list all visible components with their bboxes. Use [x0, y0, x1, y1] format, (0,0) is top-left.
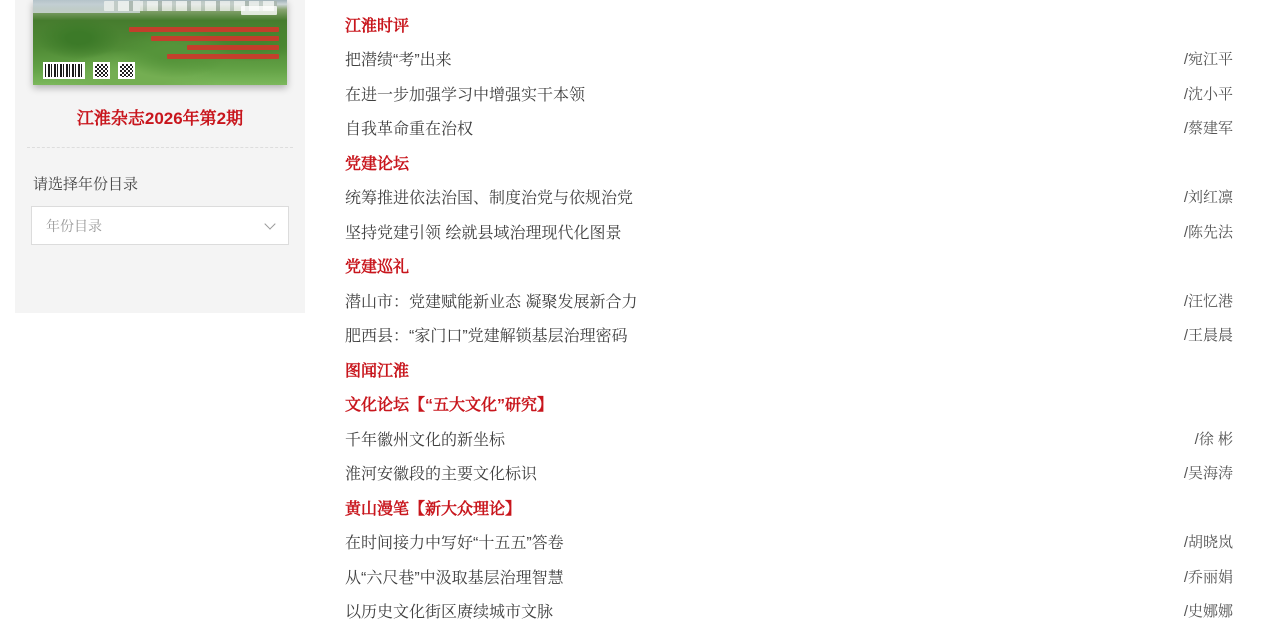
sidebar: 江淮杂志2026年第2期 请选择年份目录 年份目录 — [15, 0, 305, 313]
sidebar-divider — [27, 147, 293, 148]
article-title-link[interactable]: 从“六尺巷”中汲取基层治理智慧 — [345, 565, 564, 588]
year-directory-select[interactable]: 年份目录 — [31, 206, 289, 245]
toc-article-row: 从“六尺巷”中汲取基层治理智慧 /乔丽娟 — [345, 559, 1233, 594]
year-select-placeholder: 年份目录 — [46, 216, 102, 236]
article-title-link[interactable]: 在时间接力中写好“十五五”答卷 — [345, 530, 564, 553]
article-author: /乔丽娟 — [1184, 566, 1233, 587]
article-title-link[interactable]: 在进一步加强学习中增强实干本领 — [345, 82, 585, 105]
toc-article-row: 以历史文化街区赓续城市文脉 /史娜娜 — [345, 594, 1233, 629]
article-author: /史娜娜 — [1184, 600, 1233, 621]
article-author: /沈小平 — [1184, 83, 1233, 104]
article-author: /陈先法 — [1184, 221, 1233, 242]
cover-tagline-text-lines — [129, 27, 279, 59]
year-picker-label: 请选择年份目录 — [33, 173, 138, 194]
magazine-cover-image[interactable] — [33, 0, 287, 85]
barcode-icon — [43, 62, 85, 79]
toc-article-row: 在时间接力中写好“十五五”答卷 /胡晓岚 — [345, 525, 1233, 560]
article-author: /刘红凛 — [1184, 186, 1233, 207]
toc-article-row: 千年徽州文化的新坐标 /徐 彬 — [345, 421, 1233, 456]
toc-article-row: 统筹推进依法治国、制度治党与依规治党 /刘红凛 — [345, 180, 1233, 215]
toc-article-row: 自我革命重在治权 /蔡建军 — [345, 111, 1233, 146]
toc-section-header: 党建论坛 — [345, 145, 1233, 180]
article-author: /蔡建军 — [1184, 117, 1233, 138]
qr-code-icon — [93, 62, 110, 79]
article-title-link[interactable]: 坚持党建引领 绘就县域治理现代化图景 — [345, 220, 621, 243]
toc-article-row: 把潜绩“考”出来 /宛江平 — [345, 42, 1233, 77]
toc-article-row: 潜山市：党建赋能新业态 凝聚发展新合力 /汪忆港 — [345, 283, 1233, 318]
toc-section-header: 黄山漫笔【新大众理论】 — [345, 490, 1233, 525]
article-title-link[interactable]: 把潜绩“考”出来 — [345, 47, 452, 70]
issue-title[interactable]: 江淮杂志2026年第2期 — [15, 104, 305, 129]
article-author: /吴海涛 — [1184, 462, 1233, 483]
article-title-link[interactable]: 潜山市：党建赋能新业态 凝聚发展新合力 — [345, 289, 637, 312]
toc-article-row: 坚持党建引领 绘就县域治理现代化图景 /陈先法 — [345, 214, 1233, 249]
article-title-link[interactable]: 肥西县：“家门口”党建解锁基层治理密码 — [345, 323, 628, 346]
article-author: /宛江平 — [1184, 48, 1233, 69]
article-title-link[interactable]: 千年徽州文化的新坐标 — [345, 427, 505, 450]
article-title-link[interactable]: 统筹推进依法治国、制度治党与依规治党 — [345, 185, 633, 208]
toc-section-header: 图闻江淮 — [345, 352, 1233, 387]
article-author: /徐 彬 — [1195, 428, 1233, 449]
toc-article-row: 在进一步加强学习中增强实干本领 /沈小平 — [345, 76, 1233, 111]
article-author: /胡晓岚 — [1184, 531, 1233, 552]
article-author: /汪忆港 — [1184, 290, 1233, 311]
toc-article-row: 肥西县：“家门口”党建解锁基层治理密码 /王晨晨 — [345, 318, 1233, 353]
chevron-down-icon — [264, 218, 275, 229]
article-title-link[interactable]: 淮河安徽段的主要文化标识 — [345, 461, 537, 484]
toc-list: 江淮时评 把潜绩“考”出来 /宛江平 在进一步加强学习中增强实干本领 /沈小平 … — [345, 7, 1233, 628]
cover-masthead-logo — [241, 6, 277, 15]
toc-section-header: 文化论坛【“五大文化”研究】 — [345, 387, 1233, 422]
article-title-link[interactable]: 以历史文化街区赓续城市文脉 — [345, 599, 553, 622]
qr-code-icon — [118, 62, 135, 79]
toc-section-header: 党建巡礼 — [345, 249, 1233, 284]
article-author: /王晨晨 — [1184, 324, 1233, 345]
article-title-link[interactable]: 自我革命重在治权 — [345, 116, 473, 139]
toc-section-header: 江淮时评 — [345, 7, 1233, 42]
toc-article-row: 淮河安徽段的主要文化标识 /吴海涛 — [345, 456, 1233, 491]
